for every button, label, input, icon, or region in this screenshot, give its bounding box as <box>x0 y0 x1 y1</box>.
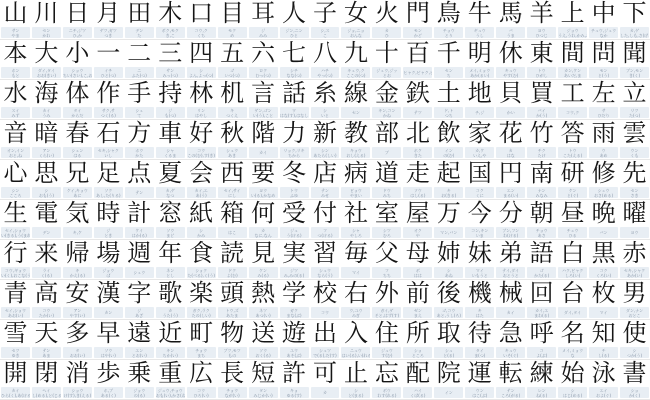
kanji-cell: 心シンこころ <box>0 160 31 199</box>
kanji-cell: 住ジュウす(む) <box>371 320 402 359</box>
reading-box: リツた(つ) <box>620 107 649 118</box>
kunyomi-reading: かた <box>125 153 154 158</box>
kunyomi-reading: はし(る) <box>403 193 432 198</box>
reading-box: センさき <box>620 187 649 198</box>
kunyomi-reading: みぎ <box>341 313 370 318</box>
reading-box: バン <box>589 227 618 238</box>
kanji-character: 台 <box>557 280 588 307</box>
kunyomi-reading: いもうと <box>465 273 494 278</box>
kanji-character: 八 <box>310 40 341 67</box>
kanji-character: 付 <box>310 200 341 227</box>
reading-box: ブツ,モツもの <box>218 347 247 358</box>
reading-box: チョウなが(い) <box>218 387 247 398</box>
kanji-character: 見 <box>248 240 279 267</box>
kunyomi-reading: むっ(つ) <box>249 73 278 78</box>
kanji-character: 体 <box>62 80 93 107</box>
kanji-cell: 十ジュウ,ジッとお <box>371 40 402 79</box>
kunyomi-reading: あに <box>63 193 92 198</box>
kanji-character: 楽 <box>186 280 217 307</box>
reading-box: カイ,エまわ(る) <box>527 307 556 318</box>
reading-box: ショウけ(す),き(える) <box>63 387 92 398</box>
kunyomi-reading: や <box>403 233 432 238</box>
kanji-character: 室 <box>371 200 402 227</box>
kanji-character: 妹 <box>464 240 495 267</box>
kanji-cell: 言ゲン,ゴンい(う),こと <box>248 80 279 119</box>
kanji-character: 長 <box>217 360 248 387</box>
kanji-cell: 校コウ <box>310 280 341 319</box>
kanji-character: 時 <box>93 200 124 227</box>
reading-box: ショクた(べる),く(う) <box>187 267 216 278</box>
reading-box: シ,スこ <box>311 27 340 38</box>
reading-box: ボク,モクき,こ <box>156 27 185 38</box>
reading-box: シュウあき <box>218 147 247 158</box>
kanji-cell: 妹マイいもうと <box>464 240 495 279</box>
kanji-character: 朝 <box>526 200 557 227</box>
kunyomi-reading: み,みの(る) <box>280 273 309 278</box>
kanji-character: 階 <box>248 120 279 147</box>
reading-box: メイ,ミョウな <box>558 347 587 358</box>
kanji-character: 頭 <box>217 280 248 307</box>
reading-box: シかみ <box>187 227 216 238</box>
kanji-cell: 弟テイ,ダイおとうと <box>495 240 526 279</box>
kunyomi-reading: にし <box>218 193 247 198</box>
kanji-character: 海 <box>31 80 62 107</box>
kanji-character: 始 <box>557 360 588 387</box>
reading-box: ジュウ,ジッとお <box>372 67 401 78</box>
kanji-cell: 二ニふた(つ) <box>124 40 155 79</box>
kanji-character: 川 <box>31 0 62 27</box>
reading-box: シュウ <box>125 267 154 278</box>
kanji-character: 道 <box>371 160 402 187</box>
kanji-cell: 練レンね(る) <box>526 360 557 399</box>
reading-box: タンみじか(い) <box>249 387 278 398</box>
kanji-character: 耳 <box>248 0 279 27</box>
kanji-cell: 入ニュウはい(る),い(れる) <box>340 320 371 359</box>
kunyomi-reading: はな <box>496 153 525 158</box>
kanji-cell: 走ソウはし(る) <box>402 160 433 199</box>
reading-box: ロクむっ(つ) <box>249 67 278 78</box>
kanji-character: 起 <box>433 160 464 187</box>
kunyomi-reading: よ(む) <box>218 273 247 278</box>
kunyomi-reading: で(る),だ(す) <box>311 353 340 358</box>
reading-box: モンと(う) <box>589 67 618 78</box>
kanji-cell: 運ウンはこ(ぶ) <box>464 360 495 399</box>
kunyomi-reading: ところ <box>403 353 432 358</box>
kanji-character: 秋 <box>217 120 248 147</box>
kanji-cell: 乗ジョウの(る) <box>124 360 155 399</box>
kanji-character: 生 <box>0 200 31 227</box>
reading-box: ジュウす(む) <box>372 347 401 358</box>
kunyomi-reading: た(つ) <box>620 113 649 118</box>
kanji-character: 止 <box>340 360 371 387</box>
kanji-cell: 名メイ,ミョウな <box>557 320 588 359</box>
onyomi-reading: イン <box>434 390 463 395</box>
kanji-cell: 忘ボウわす(れる) <box>371 360 402 399</box>
kanji-cell: 大ダイ,タイおお(きい) <box>31 40 62 79</box>
kanji-character: 鳥 <box>433 0 464 27</box>
kunyomi-reading: たけ <box>527 153 556 158</box>
kunyomi-reading: う(ける) <box>280 233 309 238</box>
kunyomi-reading: はた <box>465 313 494 318</box>
kanji-character: 一 <box>93 40 124 67</box>
kanji-cell: 五ゴいつ(つ) <box>217 40 248 79</box>
kanji-character: 短 <box>248 360 279 387</box>
kanji-cell: 食ショクた(べる),く(う) <box>186 240 217 279</box>
kunyomi-reading: はる <box>63 153 92 158</box>
kunyomi-reading: ふた(つ) <box>125 73 154 78</box>
kanji-character: 使 <box>619 320 650 347</box>
reading-box: マイ <box>589 307 618 318</box>
reading-box: ウンはこ(ぶ) <box>465 387 494 398</box>
kunyomi-reading: あたま <box>218 313 247 318</box>
kanji-character: 入 <box>340 320 371 347</box>
reading-box: キュウ,クここの(つ) <box>341 67 370 78</box>
kanji-cell: 秋シュウあき <box>217 120 248 159</box>
kunyomi-reading: つか(う) <box>620 353 649 358</box>
kanji-cell: 羊ヨウひつじ <box>526 0 557 39</box>
kanji-character: 千 <box>433 40 464 67</box>
kanji-cell: 電デン <box>31 200 62 239</box>
kanji-character: 七 <box>279 40 310 67</box>
kanji-character: 九 <box>340 40 371 67</box>
reading-box: タイからだ <box>63 107 92 118</box>
kunyomi-reading: あめ <box>589 153 618 158</box>
reading-box: オクや <box>403 227 432 238</box>
kanji-character: 部 <box>371 120 402 147</box>
kanji-character: 心 <box>0 160 31 187</box>
reading-box: ヒャク,ビャク,ピャク <box>403 67 432 78</box>
kanji-cell: 週シュウ <box>124 240 155 279</box>
reading-box: ニチ,ジツひ,か <box>63 27 92 38</box>
kunyomi-reading: わ(ける) <box>496 233 525 238</box>
kunyomi-reading: ちか(い) <box>156 353 185 358</box>
kanji-cell: 歌カうた(う) <box>155 280 186 319</box>
kunyomi-reading: まえ <box>403 313 432 318</box>
kanji-character: 新 <box>310 120 341 147</box>
reading-box: ヨウい(る),かなめ <box>249 187 278 198</box>
kanji-character: 早 <box>93 320 124 347</box>
kunyomi-reading: はい(る),い(れる) <box>341 353 370 358</box>
reading-box: キンちか(い) <box>156 347 185 358</box>
kanji-cell: 枚マイ <box>588 280 619 319</box>
reading-box: ショウちい(さい),こ,お <box>63 67 92 78</box>
kanji-character: 大 <box>31 40 62 67</box>
kanji-cell: 男ダン,ナンおとこ <box>619 280 650 319</box>
kanji-character: 立 <box>619 80 650 107</box>
kunyomi-reading: ひら(く),あ(ける) <box>1 393 30 398</box>
kunyomi-reading: あさ <box>527 233 556 238</box>
kanji-cell: 目モクめ <box>217 0 248 39</box>
kanji-character: 石 <box>93 120 124 147</box>
reading-box: エンまる(い) <box>496 187 525 198</box>
kunyomi-reading: こころ <box>1 193 30 198</box>
kanji-cell: 転テンころ(がる) <box>495 360 526 399</box>
kanji-character: 冬 <box>279 160 310 187</box>
kanji-cell: 使シつか(う) <box>619 320 650 359</box>
kanji-character: 高 <box>31 280 62 307</box>
kanji-character: 食 <box>186 240 217 267</box>
kanji-cell: 知チし(る) <box>588 320 619 359</box>
kanji-character: 子 <box>310 0 341 27</box>
kanji-cell: 止シと(まる) <box>340 360 371 399</box>
kanji-character: 羊 <box>526 0 557 27</box>
kunyomi-reading: まど <box>156 233 185 238</box>
kanji-cell: 習シュウなら(う) <box>310 240 341 279</box>
kanji-cell: 百ヒャク,ビャク,ピャク <box>402 40 433 79</box>
reading-box: はこ <box>218 227 247 238</box>
kanji-cell: 海カイうみ <box>31 80 62 119</box>
kunyomi-reading: なつ <box>156 193 185 198</box>
kunyomi-reading: とお <box>372 73 401 78</box>
kanji-cell: 人ジン,ニンひと <box>279 0 310 39</box>
kunyomi-reading: おとうと <box>496 273 525 278</box>
kanji-cell: 後ゴ,コウあと,うし(ろ) <box>433 280 464 319</box>
kunyomi-reading: くるま <box>156 153 185 158</box>
kunyomi-reading: いそ(ぐ) <box>496 353 525 358</box>
kunyomi-reading: くち <box>187 33 216 38</box>
reading-box: ゲン,ゴンい(う),こと <box>249 107 278 118</box>
reading-box: ショところ <box>403 347 432 358</box>
kanji-cell: 新シンあたら(しい) <box>310 120 341 159</box>
kanji-character: 貝 <box>495 80 526 107</box>
kunyomi-reading: ひと(つ) <box>94 73 123 78</box>
reading-box: エンとお(い) <box>125 347 154 358</box>
kanji-character: 山 <box>0 0 31 27</box>
kanji-cell: 耳ジみみ <box>248 0 279 39</box>
kanji-character: 答 <box>557 120 588 147</box>
kanji-cell: 南ナンみなみ <box>526 160 557 199</box>
kanji-cell: 下カ,ゲした,しも,さ(げる) <box>619 0 650 39</box>
reading-box: チョウまち <box>187 347 216 358</box>
reading-box: セツゆき <box>1 347 30 358</box>
kanji-cell: 気キ,ケ <box>62 200 93 239</box>
kanji-character: 許 <box>279 360 310 387</box>
kanji-character: 万 <box>433 200 464 227</box>
kanji-cell: 白ハク,ビャクしろ(い) <box>557 240 588 279</box>
kanji-character: 開 <box>0 360 31 387</box>
reading-box: ニふた(つ) <box>125 67 154 78</box>
kanji-cell: 赤セキ,シャクあか(い) <box>619 240 650 279</box>
reading-box: カン,ケンあいだ,ま <box>558 67 587 78</box>
kanji-cell: 許キョゆる(す) <box>279 360 310 399</box>
kanji-character: 出 <box>310 320 341 347</box>
kunyomi-reading: ころ(がる) <box>496 393 525 398</box>
kanji-cell: 車シャくるま <box>155 120 186 159</box>
kanji-character: 馬 <box>495 0 526 27</box>
kunyomi-reading: なに,なん <box>249 233 278 238</box>
reading-box: コクくに <box>465 187 494 198</box>
kunyomi-reading: い(きる),う(まれる),なま <box>1 233 30 238</box>
kanji-cell: 口コウ,クくち <box>186 0 217 39</box>
reading-box: キかえ(る) <box>63 267 92 278</box>
kanji-cell: 配ハイくば(る) <box>402 360 433 399</box>
kanji-character: 田 <box>124 0 155 27</box>
kunyomi-reading: みなみ <box>527 193 556 198</box>
kanji-character: 町 <box>186 320 217 347</box>
kanji-character: 男 <box>619 280 650 307</box>
kunyomi-reading: かい <box>496 110 525 115</box>
reading-box: シンこころ <box>1 187 30 198</box>
kanji-cell: 問モンと(う) <box>588 40 619 79</box>
kunyomi-reading: も(つ) <box>156 113 185 118</box>
kanji-cell: 青セイ,ショウあお(い) <box>0 280 31 319</box>
kunyomi-reading: はや(い) <box>94 353 123 358</box>
kanji-cell: 四シよん,よっ(つ) <box>186 40 217 79</box>
kanji-character: 言 <box>248 80 279 107</box>
kanji-row: 音オン,インおと,ね暗アンくら(い)春シュンはる石セキ,シャクいし方ホウかた車シ… <box>0 120 650 160</box>
kunyomi-reading: やっ(つ) <box>311 73 340 78</box>
reading-box: ジョ,ニョおんな <box>341 27 370 38</box>
kanji-cell: 遠エンとお(い) <box>124 320 155 359</box>
kunyomi-reading: うえ,うわ,かみ,あ(げる) <box>558 33 587 38</box>
onyomi-reading: ブ <box>372 150 401 155</box>
reading-box: ダン,ナンおとこ <box>620 307 649 318</box>
kunyomi-reading: あ(う) <box>187 193 216 198</box>
kanji-cell: 火カひ <box>371 0 402 39</box>
kunyomi-reading: あお(い) <box>1 313 30 318</box>
kanji-cell: 立リツた(つ) <box>619 80 650 119</box>
kunyomi-reading: ひる <box>558 233 587 238</box>
kanji-cell: 花カはな <box>495 120 526 159</box>
kanji-cell: 円エンまる(い) <box>495 160 526 199</box>
kunyomi-reading: くに <box>465 193 494 198</box>
kanji-cell: 右ウ,ユウみぎ <box>340 280 371 319</box>
kanji-character: 問 <box>588 40 619 67</box>
kanji-character: 今 <box>464 200 495 227</box>
kanji-cell: 町チョウまち <box>186 320 217 359</box>
kanji-character: 名 <box>557 320 588 347</box>
kunyomi-reading: いえ,や <box>465 153 494 158</box>
kanji-cell: 来ライく(る) <box>31 240 62 279</box>
reading-box: アンやす(い) <box>63 307 92 318</box>
kanji-character: 機 <box>464 280 495 307</box>
kanji-cell: 川センかわ <box>31 0 62 39</box>
kunyomi-reading: あね <box>434 273 463 278</box>
kanji-cell: 鳥チョウとり <box>433 0 464 39</box>
reading-box: ヨウ <box>620 227 649 238</box>
kanji-cell: 病ビョウやまい <box>340 160 371 199</box>
reading-box: テンころ(がる) <box>496 387 525 398</box>
kanji-character: 円 <box>495 160 526 187</box>
kanji-character: 何 <box>248 200 279 227</box>
onyomi-reading: マン,バン <box>434 230 463 235</box>
reading-box: ダイ,タイおお(きい) <box>32 67 61 78</box>
kanji-cell: 母ボはは <box>402 240 433 279</box>
reading-box: コよ(ぶ) <box>527 347 556 358</box>
kanji-character: 運 <box>464 360 495 387</box>
kunyomi-reading: け(す),き(える) <box>63 393 92 398</box>
kanji-character: 竹 <box>526 120 557 147</box>
kanji-character: 工 <box>557 80 588 107</box>
kanji-character: 分 <box>495 200 526 227</box>
kanji-character: 中 <box>588 0 619 27</box>
kanji-cell: 取シュと(る) <box>433 320 464 359</box>
kunyomi-reading: きた <box>403 153 432 158</box>
kanji-cell: 月ゲツ,ガツつき <box>93 0 124 39</box>
kunyomi-reading: と(る) <box>434 353 463 358</box>
reading-box: ガクまな(ぶ) <box>280 307 309 318</box>
kunyomi-reading: あき <box>218 153 247 158</box>
kanji-cell: 熱ネツあつ(い) <box>248 280 279 319</box>
kunyomi-reading: やま <box>1 33 30 38</box>
reading-box: ソウはし(る) <box>403 187 432 198</box>
kunyomi-reading: き(く) <box>620 73 649 78</box>
kanji-cell: 小ショウちい(さい),こ,お <box>62 40 93 79</box>
kanji-cell: 時ジとき <box>93 200 124 239</box>
kanji-character: 赤 <box>619 240 650 267</box>
kanji-cell: 長チョウなが(い) <box>217 360 248 399</box>
reading-box: トウひがし <box>527 67 556 78</box>
reading-box: デンた <box>125 27 154 38</box>
kanji-character: 修 <box>588 160 619 187</box>
kanji-cell: 先センさき <box>619 160 650 199</box>
kanji-cell: 好コウこの(む),す(き) <box>186 120 217 159</box>
kunyomi-reading: まわ(る) <box>527 313 556 318</box>
kunyomi-reading: い(る),かなめ <box>249 193 278 198</box>
reading-box: ソウおく(る) <box>249 347 278 358</box>
kanji-grid: 山サンやま川センかわ日ニチ,ジツひ,か月ゲツ,ガツつき田デンた木ボク,モクき,こ… <box>0 0 650 400</box>
kanji-cell: 話ワはな(す),はなし <box>279 80 310 119</box>
kanji-cell: 工コウ,ク <box>557 80 588 119</box>
reading-box: バうま <box>496 27 525 38</box>
kanji-cell: 要ヨウい(る),かなめ <box>248 160 279 199</box>
onyomi-reading: テン <box>125 190 154 195</box>
onyomi-reading: セン <box>341 110 370 115</box>
kanji-character: 線 <box>340 80 371 107</box>
kanji-character: 金 <box>371 80 402 107</box>
kanji-row: 雪セツゆき天テンあま多タおお(い)早ソウはや(い)遠エンとお(い)近キンちか(い… <box>0 320 650 360</box>
kanji-character: 外 <box>371 280 402 307</box>
kunyomi-reading: くろ(い) <box>589 273 618 278</box>
kanji-cell: 力リョク,リキちから <box>279 120 310 159</box>
kanji-cell: 足ソクあし,た(りる) <box>93 160 124 199</box>
kunyomi-reading: おさ(める) <box>589 193 618 198</box>
kanji-character: 晩 <box>588 200 619 227</box>
kanji-cell: 林リンはやし <box>186 80 217 119</box>
kanji-cell: 書ショか(く) <box>619 360 650 399</box>
kanji-cell: 鉄テツ <box>402 80 433 119</box>
reading-box: コウひろ(い) <box>187 387 216 398</box>
kanji-character: 地 <box>464 80 495 107</box>
kanji-cell: 八ハチやっ(つ) <box>310 40 341 79</box>
kanji-character: 実 <box>279 240 310 267</box>
onyomi-reading: チ,ジ <box>465 110 494 115</box>
kunyomi-reading: かど <box>403 33 432 38</box>
kunyomi-reading: の(む) <box>434 153 463 158</box>
kanji-character: 目 <box>217 0 248 27</box>
kanji-cell: 泳エイおよ(ぐ) <box>588 360 619 399</box>
kanji-cell: 万マン,バン <box>433 200 464 239</box>
kanji-cell: 中チュウ,ジュウなか <box>588 0 619 39</box>
kunyomi-reading: き,こ <box>156 33 185 38</box>
reading-box: タイま(つ) <box>465 347 494 358</box>
kunyomi-reading: かみ <box>187 233 216 238</box>
reading-box: ゴいつ(つ) <box>218 67 247 78</box>
kunyomi-reading: ひつじ <box>527 33 556 38</box>
kunyomi-reading: みち <box>372 193 401 198</box>
reading-box: エイおよ(ぐ) <box>589 387 618 398</box>
kanji-cell: 閉ヘイし(める),と(じる) <box>31 360 62 399</box>
reading-box: ホウかた <box>125 147 154 158</box>
kanji-cell: 水スイみず <box>0 80 31 119</box>
reading-box: チ,ジ <box>465 107 494 118</box>
kunyomi-reading: と(ぐ) <box>558 193 587 198</box>
kanji-character: 力 <box>279 120 310 147</box>
kanji-cell: 出シュツで(る),だ(す) <box>310 320 341 359</box>
onyomi-reading: コウ <box>311 310 340 315</box>
kunyomi-reading: はやし <box>187 113 216 118</box>
kanji-character: 走 <box>402 160 433 187</box>
